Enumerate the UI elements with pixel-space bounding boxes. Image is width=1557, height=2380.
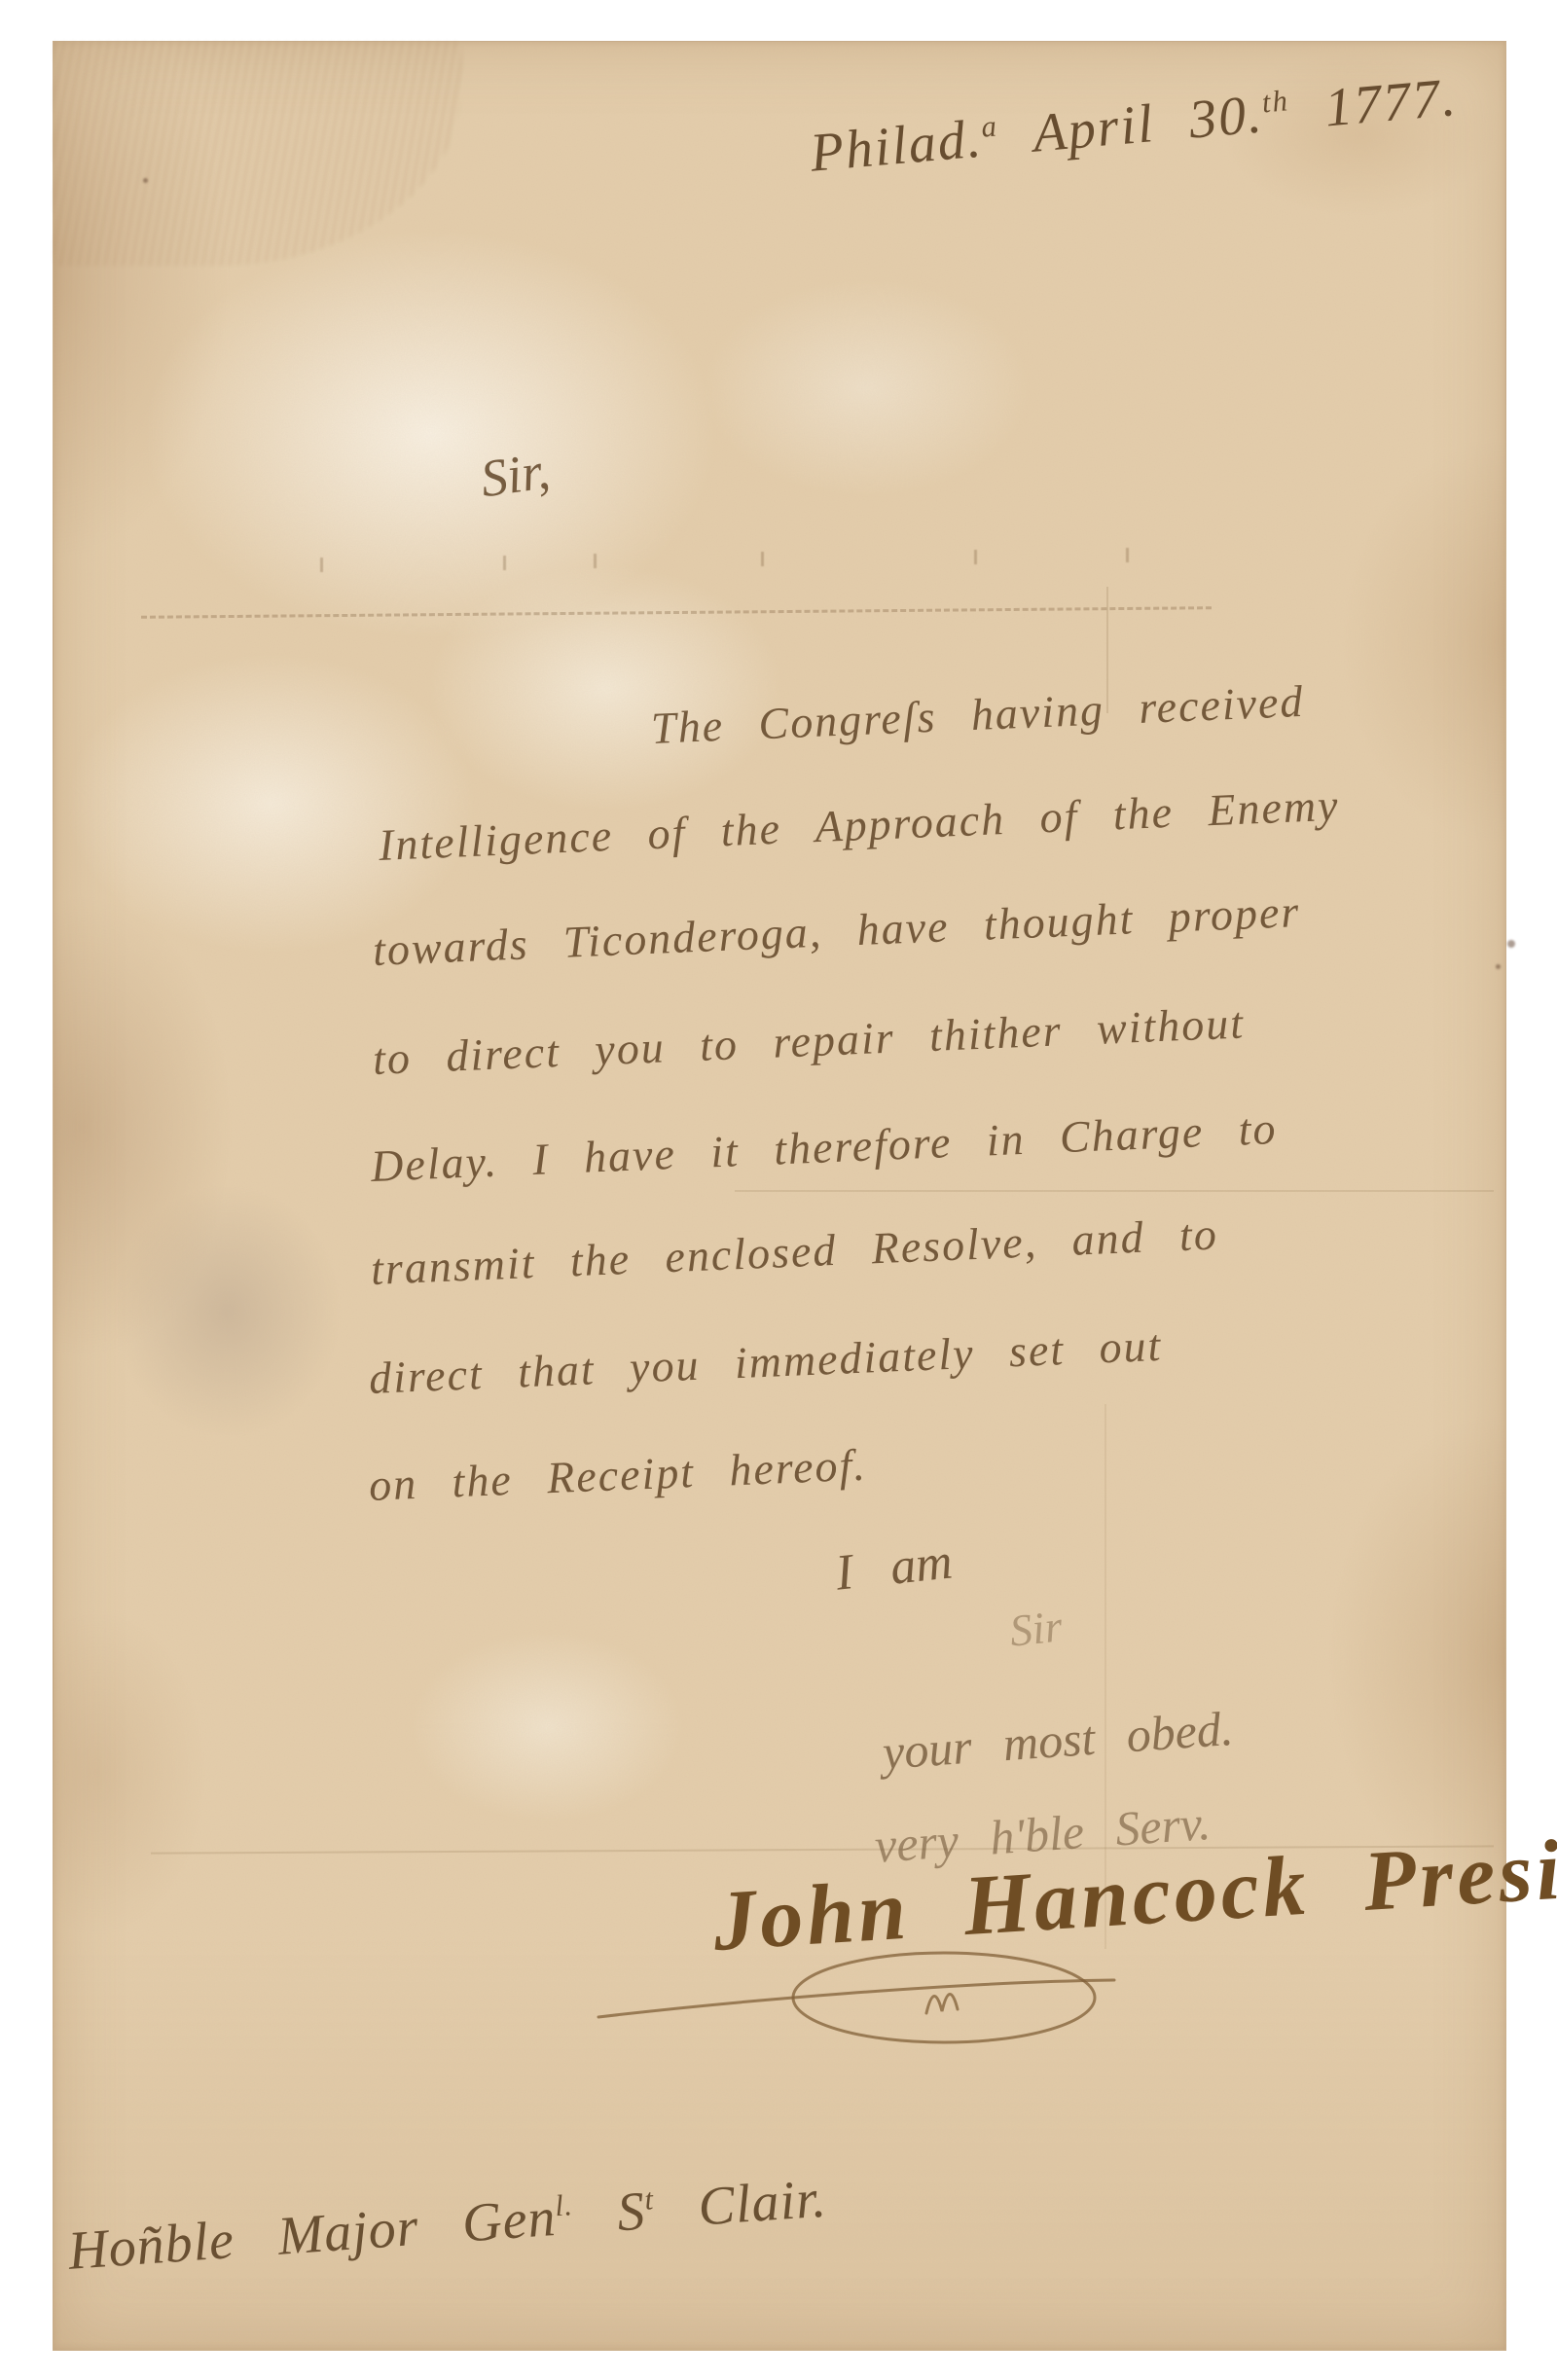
closing-sir: Sir <box>1007 1600 1065 1656</box>
fold-crease <box>735 1190 1494 1192</box>
salutation: Sir, <box>477 440 553 509</box>
ink-speck <box>143 178 148 183</box>
crease-mark <box>320 558 323 572</box>
crease-mark <box>594 554 597 568</box>
crease-mark <box>503 556 506 570</box>
crease-mark <box>974 550 977 564</box>
signature-flourish-icon <box>584 1941 1129 2058</box>
crease-mark <box>1126 548 1129 562</box>
paper-stain-top-left <box>54 42 462 266</box>
address-surname: Clair. <box>653 2169 829 2241</box>
dateline-day-superscript: th <box>1260 84 1290 119</box>
address-saint: S <box>571 2182 647 2247</box>
ink-speck <box>1507 940 1515 948</box>
scan-background: Philad.a April 30.th 1777. Sir, The Cong… <box>0 0 1557 2380</box>
ink-speck <box>1496 964 1501 969</box>
fold-crease <box>141 606 1212 619</box>
crease-mark <box>761 552 764 566</box>
closing-i-am: I am <box>833 1533 955 1602</box>
